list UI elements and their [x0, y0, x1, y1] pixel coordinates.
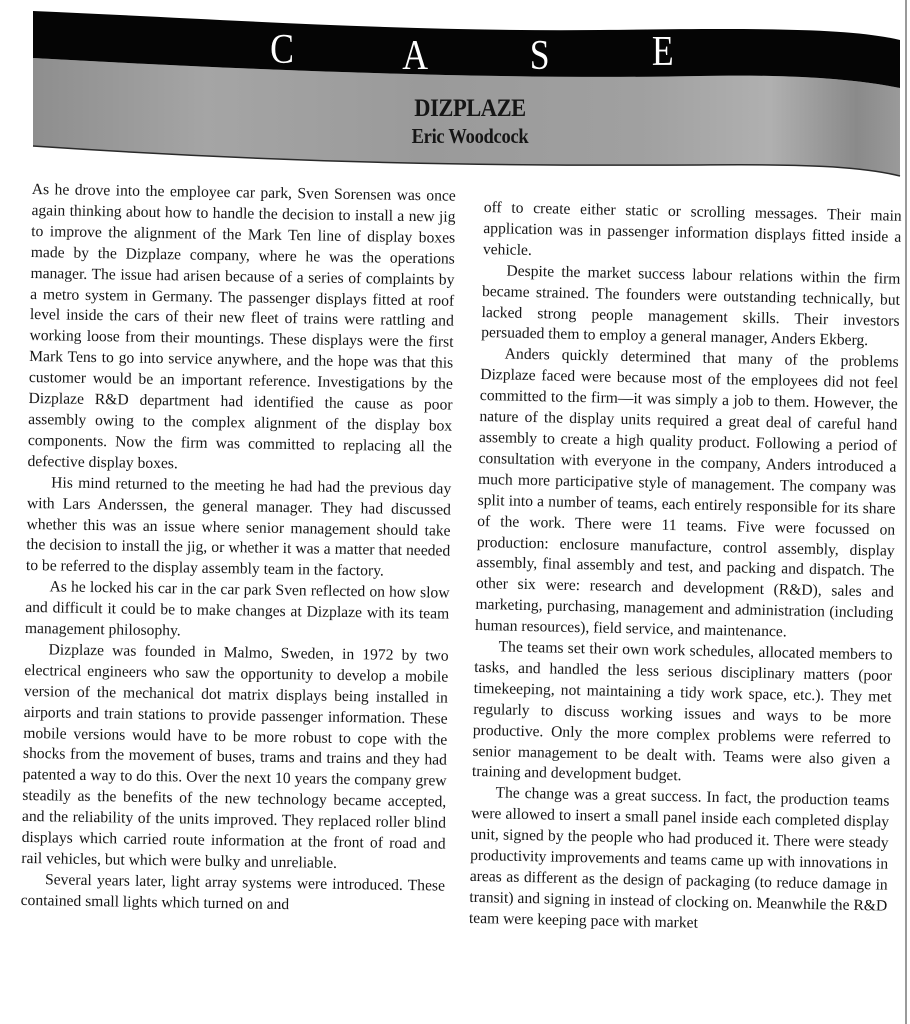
article-left-column: As he drove into the employee car park, …: [21, 180, 456, 918]
paragraph: His mind returned to the meeting he had …: [26, 473, 452, 584]
article-right-column: off to create either static or scrolling…: [469, 198, 902, 938]
paragraph: As he drove into the employee car park, …: [27, 180, 456, 479]
case-letter: C: [270, 28, 294, 72]
case-author: Eric Woodcock: [276, 124, 663, 148]
paragraph: The change was a great success. In fact,…: [469, 783, 890, 938]
paragraph: Anders quickly determined that many of t…: [475, 344, 899, 645]
paragraph: As he locked his car in the car park Sve…: [25, 577, 450, 646]
paragraph: Dizplaze was founded in Malmo, Sweden, i…: [21, 640, 449, 877]
case-title: DIZPLAZE: [272, 96, 668, 122]
paragraph: Several years later, light array systems…: [21, 870, 446, 918]
case-heading: C A S E: [0, 28, 910, 72]
case-letter: E: [652, 30, 674, 74]
case-letter: S: [530, 34, 550, 78]
paragraph: Despite the market success labour relati…: [481, 261, 901, 353]
paragraph: The teams set their own work schedules, …: [472, 637, 893, 792]
paragraph: off to create either static or scrolling…: [483, 198, 902, 269]
case-banner: C A S E DIZPLAZE Eric Woodcock: [0, 0, 910, 185]
case-letter: A: [402, 34, 428, 78]
